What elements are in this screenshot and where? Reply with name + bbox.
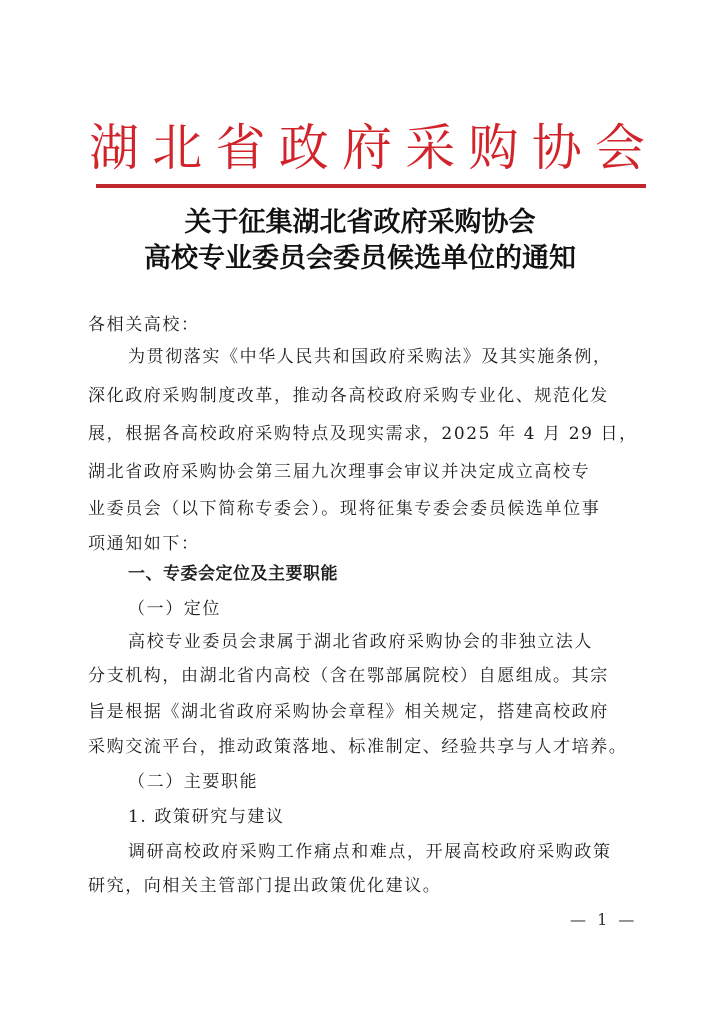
subsection-1-paragraph-line: 分支机构，由湖北省内高校（含在鄂部属院校）自愿组成。其宗 xyxy=(88,664,648,688)
item-1-paragraph-line: 研究，向相关主管部门提出政策优化建议。 xyxy=(88,874,648,898)
document-title-line-1: 关于征集湖北省政府采购协会 xyxy=(0,200,720,239)
masthead-char: 北 xyxy=(151,118,203,178)
body-paragraph-line: 展，根据各高校政府采购特点及现实需求，2025 年 4 月 29 日， xyxy=(88,422,648,446)
page-number: — 1 — xyxy=(570,910,637,929)
subsection-1-paragraph-line: 采购交流平台，推动政策落地、标准制定、经验共享与人才培养。 xyxy=(88,735,648,759)
body-paragraph-line: 为贯彻落实《中华人民共和国政府采购法》及其实施条例， xyxy=(128,345,648,369)
salutation: 各相关高校： xyxy=(88,313,648,337)
subsection-1-heading: （一）定位 xyxy=(128,597,648,621)
subsection-1-paragraph-line: 旨是根据《湖北省政府采购协会章程》相关规定，搭建高校政府 xyxy=(88,700,648,724)
document-page: 湖 北 省 政 府 采 购 协 会 关于征集湖北省政府采购协会 高校专业委员会委… xyxy=(0,0,720,1018)
body-paragraph-line: 深化政府采购制度改革，推动各高校政府采购专业化、规范化发 xyxy=(88,384,648,408)
subsection-2-heading: （二）主要职能 xyxy=(128,770,648,794)
masthead-char: 政 xyxy=(278,118,330,178)
document-title-line-2: 高校专业委员会委员候选单位的通知 xyxy=(0,236,720,275)
masthead-char: 购 xyxy=(468,118,520,178)
masthead-char: 协 xyxy=(531,118,583,178)
section-1-heading: 一、专委会定位及主要职能 xyxy=(128,562,648,586)
body-paragraph-line: 湖北省政府采购协会第三届九次理事会审议并决定成立高校专 xyxy=(88,460,648,484)
masthead-char: 会 xyxy=(594,118,646,178)
masthead-char: 府 xyxy=(341,118,393,178)
masthead-char: 采 xyxy=(404,118,456,178)
masthead-char: 湖 xyxy=(88,118,140,178)
masthead-char: 省 xyxy=(215,118,267,178)
body-paragraph-line: 业委员会（以下简称专委会）。现将征集专委会委员候选单位事 xyxy=(88,497,648,521)
subsection-1-paragraph-line: 高校专业委员会隶属于湖北省政府采购协会的非独立法人 xyxy=(128,630,648,654)
item-1-heading: 1. 政策研究与建议 xyxy=(128,805,648,829)
body-paragraph-line: 项通知如下： xyxy=(88,532,648,556)
masthead-organization-name: 湖 北 省 政 府 采 购 协 会 xyxy=(88,118,646,178)
masthead-red-divider xyxy=(96,184,646,188)
item-1-paragraph-line: 调研高校政府采购工作痛点和难点，开展高校政府采购政策 xyxy=(128,840,648,864)
